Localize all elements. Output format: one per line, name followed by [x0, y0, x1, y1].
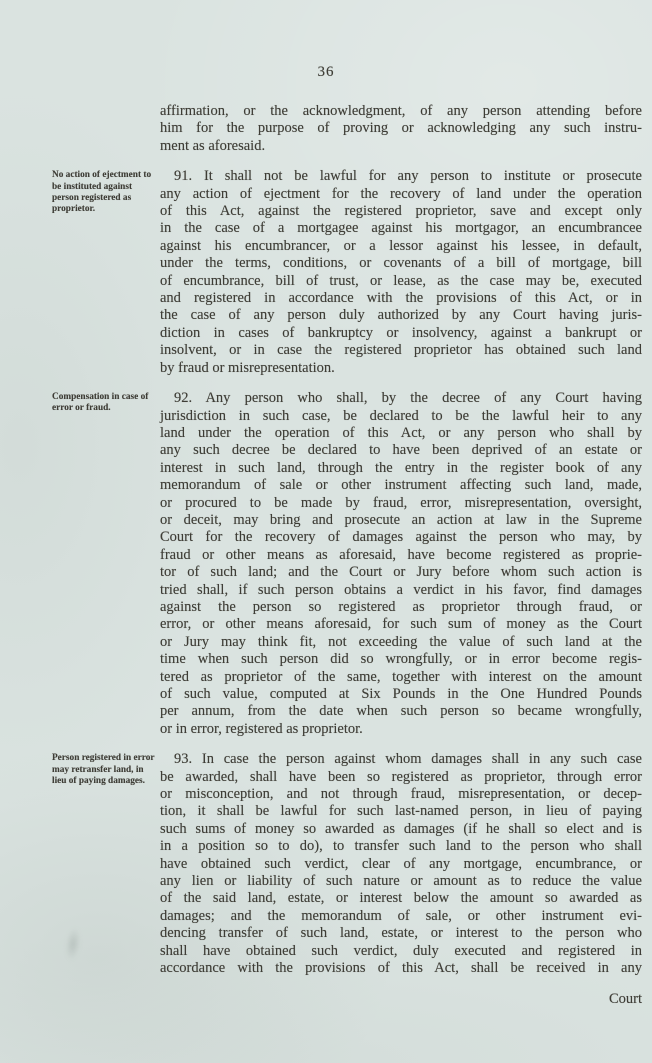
text-line: or procured to be made by fraud, error, …: [160, 495, 642, 512]
text-line: accordance with the provisions of this A…: [160, 960, 642, 977]
paragraph-continuation: affirmation, or the acknowledgment, of a…: [160, 103, 642, 155]
text-line: per annum, from the date when such perso…: [160, 703, 642, 720]
text-line: by fraud or misrepresentation.: [160, 360, 642, 377]
text-line: 93. In case the person against whom dama…: [160, 751, 642, 768]
text-line: of encumbrance, bill of trust, or lease,…: [160, 273, 642, 290]
text-line: damages; and the memorandum of sale, or …: [160, 908, 642, 925]
catchword: Court: [160, 991, 642, 1008]
text-line: and registered in accordance with the pr…: [160, 290, 642, 307]
text-line: time when such person did so wrongfully,…: [160, 651, 642, 668]
text-line: or deceit, may bring and prosecute an ac…: [160, 512, 642, 529]
margin-note-section-92: Compensation in case of error or fraud.: [52, 392, 156, 415]
margin-note-section-91: No action of ejectment to be instituted …: [52, 170, 156, 215]
text-line: of the said land, estate, or interest be…: [160, 890, 642, 907]
text-line: of such value, computed at Six Pounds in…: [160, 686, 642, 703]
paragraph-section-91: No action of ejectment to be instituted …: [160, 168, 642, 377]
text-line: land under the operation of this Act, or…: [160, 425, 642, 442]
text-line: interest in such land, through the entry…: [160, 460, 642, 477]
paper-smudge: [61, 921, 85, 967]
text-line: tered as proprietor of the same, togethe…: [160, 669, 642, 686]
text-line: in the case of a mortgagee against his m…: [160, 220, 642, 237]
paragraph-section-93: Person registered in error may retransfe…: [160, 751, 642, 977]
text-line: be awarded, shall have been so registere…: [160, 769, 642, 786]
text-line: ment as aforesaid.: [160, 138, 642, 155]
paragraph-section-92: Compensation in case of error or fraud.9…: [160, 390, 642, 738]
text-line: any lien or liability of such nature or …: [160, 873, 642, 890]
text-line: Court for the recovery of damages agains…: [160, 529, 642, 546]
text-line: insolvent, or in case the registered pro…: [160, 342, 642, 359]
text-line: dencing transfer of such land, estate, o…: [160, 925, 642, 942]
text-line: him for the purpose of proving or acknow…: [160, 120, 642, 137]
document-page: 36 affirmation, or the acknowledgment, o…: [0, 0, 652, 1063]
text-line: or Jury may think fit, not exceeding the…: [160, 634, 642, 651]
text-line: or in error, registered as proprietor.: [160, 721, 642, 738]
text-line: in a position so to do), to transfer suc…: [160, 838, 642, 855]
text-line: jurisdiction in such case, be declared t…: [160, 408, 642, 425]
text-line: 91. It shall not be lawful for any perso…: [160, 168, 642, 185]
text-block: affirmation, or the acknowledgment, of a…: [160, 103, 642, 1008]
text-line: tried shall, if such person obtains a ve…: [160, 582, 642, 599]
text-line: shall have obtained such verdict, duly e…: [160, 943, 642, 960]
text-line: fraud or other means as aforesaid, have …: [160, 547, 642, 564]
text-line: the case of any person duly authorized b…: [160, 307, 642, 324]
text-line: diction in cases of bankruptcy or insolv…: [160, 325, 642, 342]
text-line: any action of ejectment for the recovery…: [160, 186, 642, 203]
text-line: error, or other means aforesaid, for suc…: [160, 616, 642, 633]
margin-note-section-93: Person registered in error may retransfe…: [52, 753, 156, 787]
text-line: any such decree be declared to have been…: [160, 442, 642, 459]
text-line: 92. Any person who shall, by the decree …: [160, 390, 642, 407]
text-line: under the terms, conditions, or covenant…: [160, 255, 642, 272]
text-line: against his encumbrancer, or a lessor ag…: [160, 238, 642, 255]
text-line: against the person so registered as prop…: [160, 599, 642, 616]
text-line: or misconception, and not through fraud,…: [160, 786, 642, 803]
text-line: such sums of money so awarded as damages…: [160, 821, 642, 838]
page-number: 36: [0, 64, 652, 81]
text-line: of this Act, against the registered prop…: [160, 203, 642, 220]
text-line: have obtained such verdict, clear of any…: [160, 856, 642, 873]
text-line: tion, it shall be lawful for such last-n…: [160, 803, 642, 820]
text-line: affirmation, or the acknowledgment, of a…: [160, 103, 642, 120]
text-line: memorandum of sale or other instrument a…: [160, 477, 642, 494]
text-line: tor of such land; and the Court or Jury …: [160, 564, 642, 581]
